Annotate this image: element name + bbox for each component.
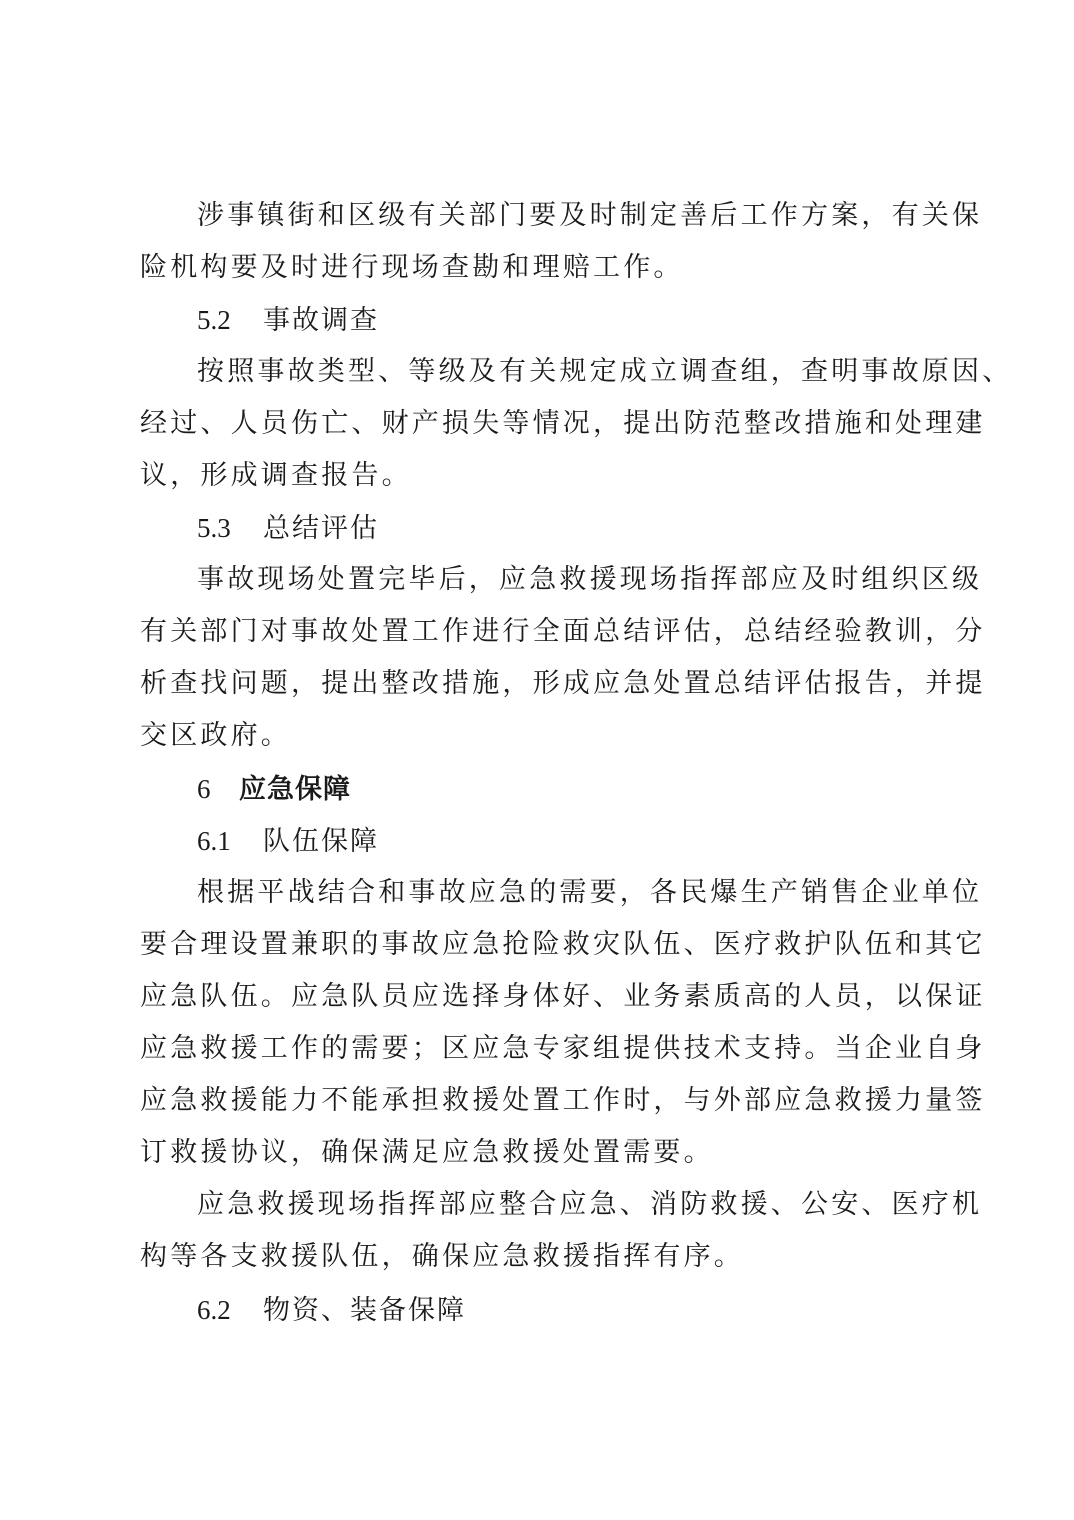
section-heading-6-1: 6.1队伍保障 xyxy=(197,821,379,861)
section-title: 应急保障 xyxy=(239,774,351,805)
paragraph-line: 有关部门对事故处置工作进行全面总结评估，总结经验教训，分 xyxy=(140,612,940,652)
paragraph-line: 涉事镇街和区级有关部门要及时制定善后工作方案，有关保 xyxy=(197,196,940,236)
paragraph-line: 交区政府。 xyxy=(140,716,940,756)
section-number: 5.2 xyxy=(197,300,263,340)
section-title: 总结评估 xyxy=(263,513,379,544)
paragraph-line: 要合理设置兼职的事故应急抢险救灾队伍、医疗救护队伍和其它 xyxy=(140,925,940,965)
paragraph-line: 析查找问题，提出整改措施，形成应急处置总结评估报告，并提 xyxy=(140,664,940,704)
section-number: 5.3 xyxy=(197,508,263,548)
section-number: 6.2 xyxy=(197,1290,263,1330)
paragraph-line: 构等各支救援队伍，确保应急救援指挥有序。 xyxy=(140,1237,940,1277)
section-number: 6.1 xyxy=(197,821,263,861)
paragraph-line: 应急救援工作的需要；区应急专家组提供技术支持。当企业自身 xyxy=(140,1029,940,1069)
paragraph-line: 议，形成调查报告。 xyxy=(140,456,940,496)
section-title: 事故调查 xyxy=(263,305,379,336)
section-title: 队伍保障 xyxy=(263,826,379,857)
paragraph-line: 险机构要及时进行现场查勘和理赔工作。 xyxy=(140,248,940,288)
paragraph-line: 根据平战结合和事故应急的需要，各民爆生产销售企业单位 xyxy=(197,873,940,913)
section-heading-6: 6应急保障 xyxy=(197,769,351,809)
paragraph-line: 经过、人员伤亡、财产损失等情况，提出防范整改措施和处理建 xyxy=(140,404,940,444)
section-heading-5-2: 5.2事故调查 xyxy=(197,300,379,340)
section-title: 物资、装备保障 xyxy=(263,1295,466,1326)
section-heading-5-3: 5.3总结评估 xyxy=(197,508,379,548)
paragraph-line: 按照事故类型、等级及有关规定成立调查组，查明事故原因、 xyxy=(197,352,940,392)
paragraph-line: 应急救援能力不能承担救援处置工作时，与外部应急救援力量签 xyxy=(140,1081,940,1121)
section-number: 6 xyxy=(197,769,239,809)
section-heading-6-2: 6.2物资、装备保障 xyxy=(197,1290,466,1330)
paragraph-line: 订救援协议，确保满足应急救援处置需要。 xyxy=(140,1133,940,1173)
paragraph-line: 应急救援现场指挥部应整合应急、消防救援、公安、医疗机 xyxy=(197,1185,940,1225)
paragraph-line: 事故现场处置完毕后，应急救援现场指挥部应及时组织区级 xyxy=(197,560,940,600)
paragraph-line: 应急队伍。应急队员应选择身体好、业务素质高的人员，以保证 xyxy=(140,977,940,1017)
document-page: 涉事镇街和区级有关部门要及时制定善后工作方案，有关保 险机构要及时进行现场查勘和… xyxy=(0,0,1074,1520)
